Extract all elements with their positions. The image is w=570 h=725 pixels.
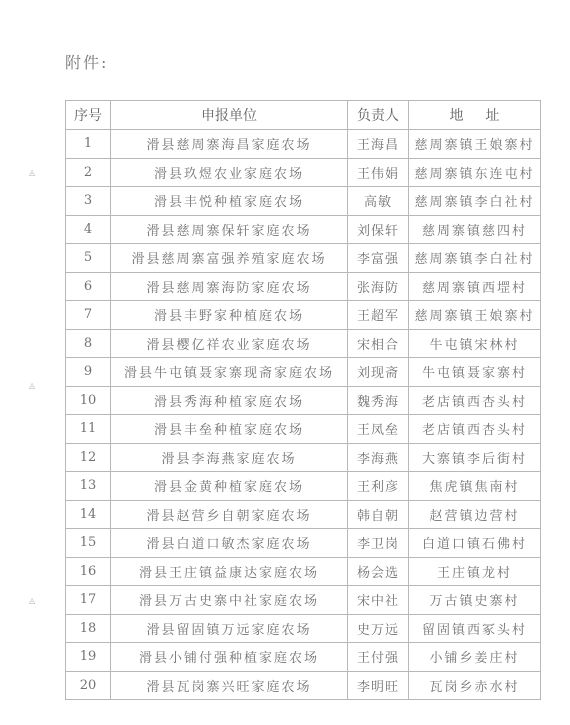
cell-person-in-charge: 李明旺	[348, 671, 409, 700]
cell-applicant-unit: 滑县金黄种植家庭农场	[111, 472, 348, 501]
cell-serial-no: 17	[66, 586, 111, 615]
cell-address: 慈周寨镇李白社村	[409, 244, 541, 273]
cell-applicant-unit: 滑县樱亿祥农业家庭农场	[111, 329, 348, 358]
table-row: 18滑县留固镇万远家庭农场史万远留固镇西冢头村	[66, 614, 541, 643]
table-row: 1滑县慈周寨海昌家庭农场王海昌慈周寨镇王娘寨村	[66, 130, 541, 159]
table-row: 9滑县牛屯镇聂家寨现斋家庭农场刘现斋牛屯镇聂家寨村	[66, 358, 541, 387]
header-address-part1: 地	[450, 108, 464, 124]
cell-person-in-charge: 宋中社	[348, 586, 409, 615]
cell-person-in-charge: 王付强	[348, 643, 409, 672]
cell-person-in-charge: 史万远	[348, 614, 409, 643]
table-row: 16滑县王庄镇益康达家庭农场杨会选王庄镇龙村	[66, 557, 541, 586]
table-row: 13滑县金黄种植家庭农场王利彦焦虎镇焦南村	[66, 472, 541, 501]
cell-serial-no: 8	[66, 329, 111, 358]
table-body: 1滑县慈周寨海昌家庭农场王海昌慈周寨镇王娘寨村2滑县玖煜农业家庭农场王伟娟慈周寨…	[66, 130, 541, 700]
table-row: 14滑县赵营乡自朝家庭农场韩自朝赵营镇边营村	[66, 500, 541, 529]
cell-address: 慈周寨镇李白社村	[409, 187, 541, 216]
cell-address: 慈周寨镇慈四村	[409, 215, 541, 244]
table-row: 4滑县慈周寨保轩家庭农场刘保轩慈周寨镇慈四村	[66, 215, 541, 244]
cell-applicant-unit: 滑县丰悦种植家庭农场	[111, 187, 348, 216]
header-address-part2: 址	[486, 108, 500, 124]
table-row: 17滑县万古史寨中社家庭农场宋中社万古镇史寨村	[66, 586, 541, 615]
cell-address: 大寨镇李后街村	[409, 443, 541, 472]
cell-applicant-unit: 滑县慈周寨保轩家庭农场	[111, 215, 348, 244]
cell-serial-no: 20	[66, 671, 111, 700]
cell-address: 王庄镇龙村	[409, 557, 541, 586]
cell-applicant-unit: 滑县王庄镇益康达家庭农场	[111, 557, 348, 586]
cell-address: 牛屯镇宋林村	[409, 329, 541, 358]
cell-serial-no: 11	[66, 415, 111, 444]
table-row: 3滑县丰悦种植家庭农场高敏慈周寨镇李白社村	[66, 187, 541, 216]
cell-applicant-unit: 滑县瓦岗寨兴旺家庭农场	[111, 671, 348, 700]
header-person-in-charge: 负责人	[348, 101, 409, 130]
cell-applicant-unit: 滑县慈周寨海昌家庭农场	[111, 130, 348, 159]
cell-serial-no: 19	[66, 643, 111, 672]
margin-mark-icon: ◬	[29, 381, 35, 390]
cell-person-in-charge: 杨会选	[348, 557, 409, 586]
cell-address: 留固镇西冢头村	[409, 614, 541, 643]
cell-person-in-charge: 王超军	[348, 301, 409, 330]
cell-person-in-charge: 魏秀海	[348, 386, 409, 415]
cell-person-in-charge: 刘保轩	[348, 215, 409, 244]
cell-person-in-charge: 宋相合	[348, 329, 409, 358]
cell-applicant-unit: 滑县玖煜农业家庭农场	[111, 158, 348, 187]
cell-serial-no: 13	[66, 472, 111, 501]
cell-serial-no: 2	[66, 158, 111, 187]
cell-serial-no: 14	[66, 500, 111, 529]
cell-address: 赵营镇边营村	[409, 500, 541, 529]
table-row: 20滑县瓦岗寨兴旺家庭农场李明旺瓦岗乡赤水村	[66, 671, 541, 700]
cell-applicant-unit: 滑县白道口敏杰家庭农场	[111, 529, 348, 558]
cell-person-in-charge: 张海防	[348, 272, 409, 301]
family-farm-table: 序号 申报单位 负责人 地址 1滑县慈周寨海昌家庭农场王海昌慈周寨镇王娘寨村2滑…	[65, 100, 541, 700]
cell-address: 瓦岗乡赤水村	[409, 671, 541, 700]
cell-serial-no: 12	[66, 443, 111, 472]
cell-address: 慈周寨镇西堽村	[409, 272, 541, 301]
header-serial-no: 序号	[66, 101, 111, 130]
cell-serial-no: 15	[66, 529, 111, 558]
header-address: 地址	[409, 101, 541, 130]
cell-serial-no: 1	[66, 130, 111, 159]
cell-serial-no: 6	[66, 272, 111, 301]
table-row: 15滑县白道口敏杰家庭农场李卫岗白道口镇石佛村	[66, 529, 541, 558]
cell-applicant-unit: 滑县丰垒种植家庭农场	[111, 415, 348, 444]
cell-applicant-unit: 滑县丰野家种植庭农场	[111, 301, 348, 330]
attachment-label: 附件:	[65, 50, 108, 73]
cell-serial-no: 10	[66, 386, 111, 415]
cell-person-in-charge: 李海燕	[348, 443, 409, 472]
cell-applicant-unit: 滑县赵营乡自朝家庭农场	[111, 500, 348, 529]
table-row: 7滑县丰野家种植庭农场王超军慈周寨镇王娘寨村	[66, 301, 541, 330]
cell-applicant-unit: 滑县慈周寨富强养殖家庭农场	[111, 244, 348, 273]
cell-address: 慈周寨镇东连屯村	[409, 158, 541, 187]
cell-address: 焦虎镇焦南村	[409, 472, 541, 501]
table-row: 10滑县秀海种植家庭农场魏秀海老店镇西杏头村	[66, 386, 541, 415]
table-row: 8滑县樱亿祥农业家庭农场宋相合牛屯镇宋林村	[66, 329, 541, 358]
cell-applicant-unit: 滑县万古史寨中社家庭农场	[111, 586, 348, 615]
cell-address: 老店镇西杏头村	[409, 415, 541, 444]
cell-serial-no: 7	[66, 301, 111, 330]
cell-applicant-unit: 滑县留固镇万远家庭农场	[111, 614, 348, 643]
cell-serial-no: 18	[66, 614, 111, 643]
cell-person-in-charge: 李卫岗	[348, 529, 409, 558]
margin-mark-icon: ◬	[29, 596, 35, 605]
margin-mark-icon: ◬	[29, 168, 35, 177]
cell-serial-no: 4	[66, 215, 111, 244]
cell-person-in-charge: 刘现斋	[348, 358, 409, 387]
cell-person-in-charge: 李富强	[348, 244, 409, 273]
cell-address: 牛屯镇聂家寨村	[409, 358, 541, 387]
cell-address: 老店镇西杏头村	[409, 386, 541, 415]
cell-address: 慈周寨镇王娘寨村	[409, 301, 541, 330]
cell-address: 白道口镇石佛村	[409, 529, 541, 558]
cell-serial-no: 3	[66, 187, 111, 216]
cell-applicant-unit: 滑县秀海种植家庭农场	[111, 386, 348, 415]
table-row: 19滑县小铺付强种植家庭农场王付强小铺乡姜庄村	[66, 643, 541, 672]
cell-person-in-charge: 高敏	[348, 187, 409, 216]
cell-serial-no: 16	[66, 557, 111, 586]
header-applicant-unit: 申报单位	[111, 101, 348, 130]
cell-address: 小铺乡姜庄村	[409, 643, 541, 672]
table-row: 11滑县丰垒种植家庭农场王凤垒老店镇西杏头村	[66, 415, 541, 444]
cell-applicant-unit: 滑县李海燕家庭农场	[111, 443, 348, 472]
cell-address: 万古镇史寨村	[409, 586, 541, 615]
cell-person-in-charge: 王利彦	[348, 472, 409, 501]
table-row: 12滑县李海燕家庭农场李海燕大寨镇李后街村	[66, 443, 541, 472]
cell-applicant-unit: 滑县小铺付强种植家庭农场	[111, 643, 348, 672]
table-header-row: 序号 申报单位 负责人 地址	[66, 101, 541, 130]
table-row: 6滑县慈周寨海防家庭农场张海防慈周寨镇西堽村	[66, 272, 541, 301]
cell-person-in-charge: 王凤垒	[348, 415, 409, 444]
table-row: 2滑县玖煜农业家庭农场王伟娟慈周寨镇东连屯村	[66, 158, 541, 187]
cell-applicant-unit: 滑县慈周寨海防家庭农场	[111, 272, 348, 301]
cell-person-in-charge: 韩自朝	[348, 500, 409, 529]
cell-address: 慈周寨镇王娘寨村	[409, 130, 541, 159]
table-row: 5滑县慈周寨富强养殖家庭农场李富强慈周寨镇李白社村	[66, 244, 541, 273]
cell-person-in-charge: 王海昌	[348, 130, 409, 159]
cell-person-in-charge: 王伟娟	[348, 158, 409, 187]
cell-serial-no: 5	[66, 244, 111, 273]
cell-serial-no: 9	[66, 358, 111, 387]
cell-applicant-unit: 滑县牛屯镇聂家寨现斋家庭农场	[111, 358, 348, 387]
